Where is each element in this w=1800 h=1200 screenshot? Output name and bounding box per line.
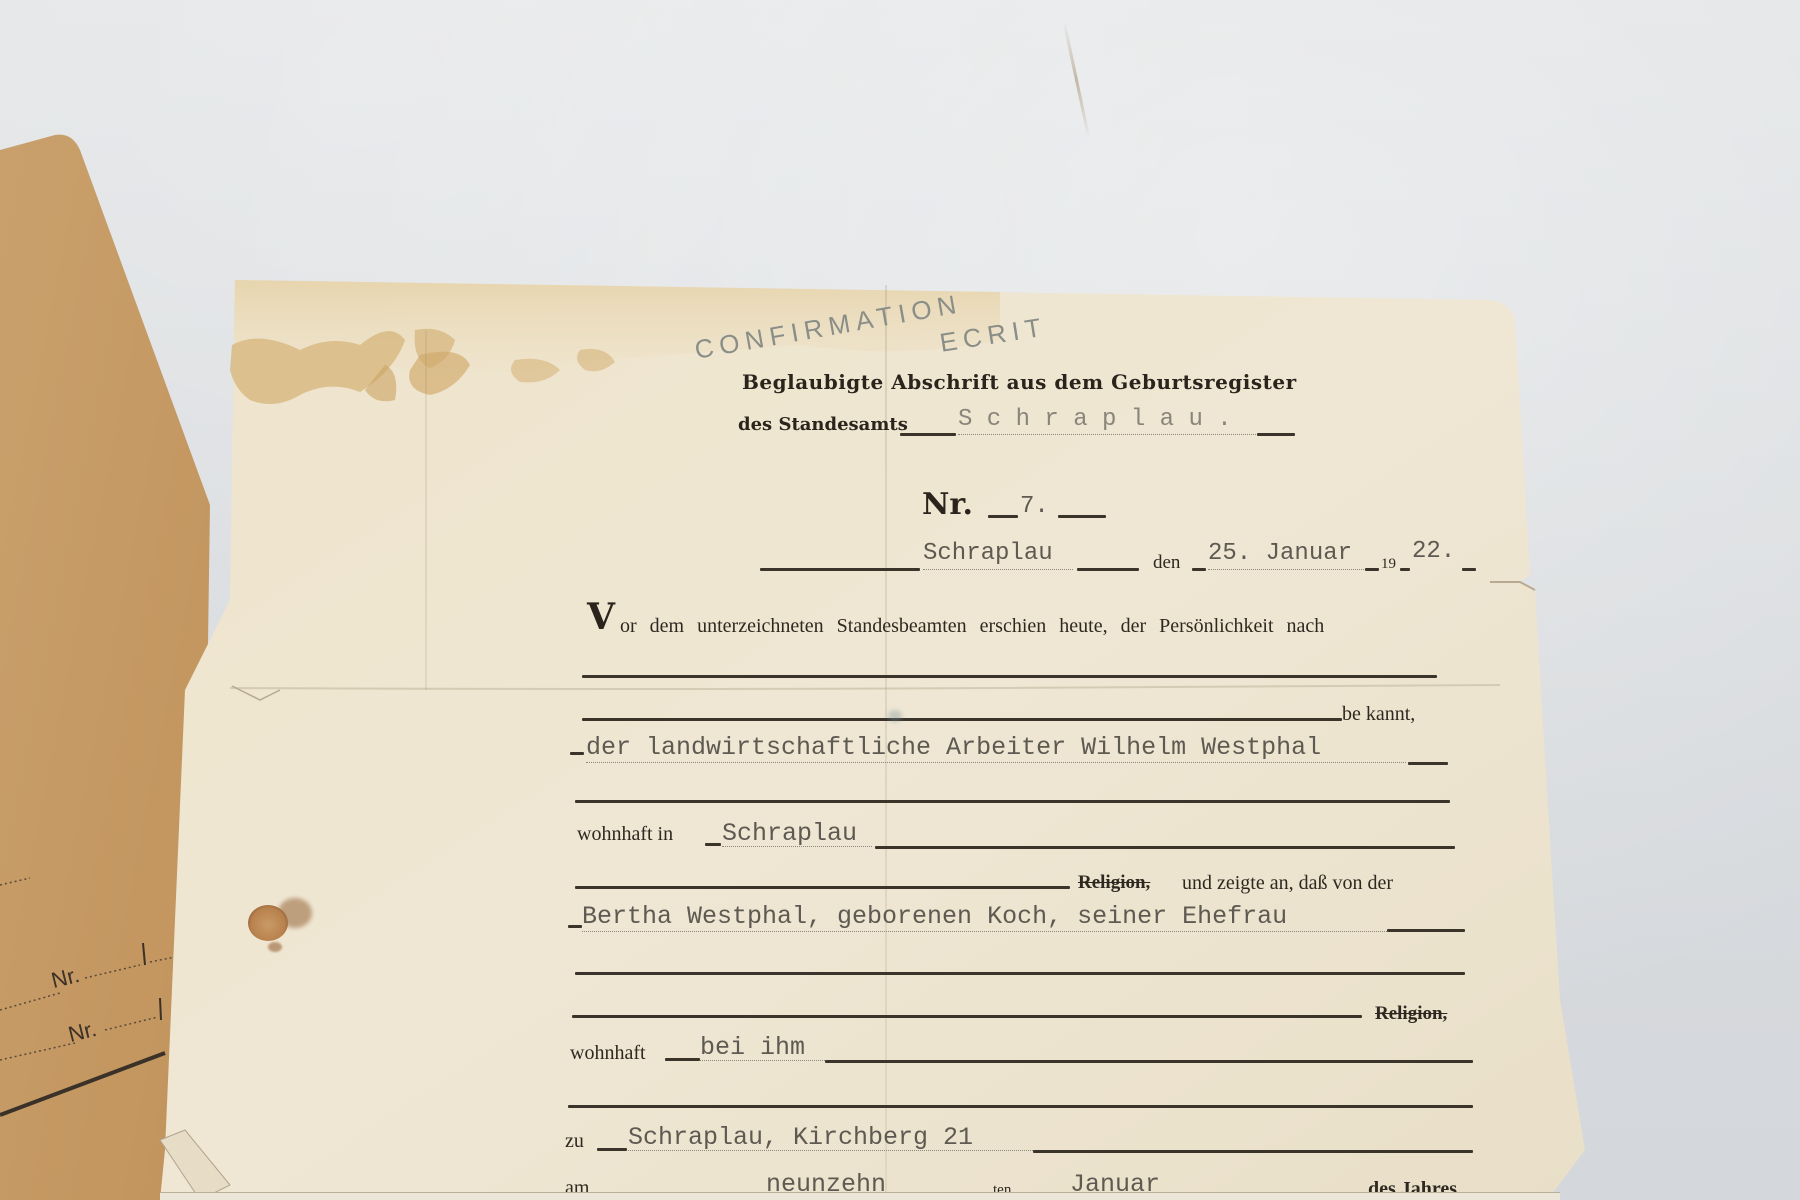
intro-initial: V <box>587 596 615 638</box>
register-number-label: Nr. <box>922 487 973 522</box>
mother-dotted-line <box>582 931 1387 932</box>
religion-label-2: Religion, <box>1375 1003 1447 1025</box>
office-rule-left <box>900 433 956 436</box>
mother-residence-rule-right <box>825 1060 1473 1063</box>
underlying-sheet-edge <box>160 1192 1560 1200</box>
mother-rule-left <box>568 925 582 928</box>
address-rule-left <box>597 1148 627 1151</box>
date-rule-left <box>1192 568 1206 571</box>
mother-residence-dotted-line <box>700 1060 825 1061</box>
register-number-value: 7. <box>1020 493 1049 520</box>
date-value: 25. Januar <box>1208 540 1352 567</box>
address-rule-right <box>1033 1150 1473 1153</box>
place-rule-right <box>1077 568 1139 571</box>
year-rule-right <box>1462 568 1476 571</box>
year-rule <box>1365 568 1379 571</box>
religion-rule-1 <box>575 886 1070 889</box>
informant-value: der landwirtschaftliche Arbeiter Wilhelm… <box>586 733 1321 762</box>
address-value: Schraplau, Kirchberg 21 <box>628 1123 973 1152</box>
religion-rule-2 <box>572 1015 1362 1018</box>
punch-hole <box>248 905 288 941</box>
address-label: zu <box>565 1130 584 1153</box>
blank-rule-5 <box>568 1105 1473 1108</box>
blank-rule-4 <box>575 972 1465 975</box>
informant-rule-left <box>570 752 584 755</box>
residence-label: wohnhaft in <box>577 823 673 846</box>
mother-residence-label: wohnhaft <box>570 1042 646 1065</box>
year-suffix: 22. <box>1412 538 1455 565</box>
religion-label-1: Religion, <box>1078 872 1150 894</box>
office-rule-right <box>1257 433 1295 436</box>
place-dotted-line <box>923 569 1073 570</box>
date-dotted-line <box>1208 569 1368 570</box>
year-rule-2 <box>1400 568 1410 571</box>
mother-rule-right <box>1387 929 1465 932</box>
known-text: be kannt, <box>1342 703 1415 726</box>
blank-rule-2 <box>582 718 1342 721</box>
stain-drop <box>268 942 282 952</box>
declaration-text: und zeigte an, daß von der <box>1182 872 1393 895</box>
blank-rule-1 <box>582 675 1437 678</box>
ink-speck <box>888 710 902 722</box>
left-fold-line <box>425 330 427 690</box>
address-dotted-line <box>628 1150 1033 1151</box>
mother-value: Bertha Westphal, geborenen Koch, seiner … <box>582 902 1287 931</box>
intro-text: or dem unterzeichneten Standesbeamten er… <box>620 615 1324 638</box>
office-dotted-line <box>958 434 1258 435</box>
number-rule-left <box>988 515 1018 518</box>
office-label: des Standesamts <box>738 414 908 435</box>
mother-residence-value: bei ihm <box>700 1033 805 1062</box>
date-label: den <box>1153 552 1180 574</box>
informant-dotted-line <box>586 762 1406 763</box>
residence-dotted-line <box>722 846 872 847</box>
place-value: Schraplau <box>923 540 1053 567</box>
informant-rule-right <box>1408 762 1448 765</box>
residence-rule-left <box>705 843 721 846</box>
residence-value: Schraplau <box>722 819 857 848</box>
document-title: Beglaubigte Abschrift aus dem Geburtsreg… <box>742 370 1297 394</box>
mother-residence-rule-left <box>665 1058 700 1061</box>
number-rule-right <box>1058 515 1106 518</box>
birth-certificate-document: CONFIRMATION ECRIT Beglaubigte Abschrift… <box>0 0 1800 1200</box>
residence-rule-right <box>875 846 1455 849</box>
office-value: S c h r a p l a u . <box>958 406 1232 433</box>
year-prefix: 19 <box>1381 556 1396 573</box>
place-rule-left <box>760 568 920 571</box>
blank-rule-3 <box>575 800 1450 803</box>
paper-shape <box>0 0 1800 1200</box>
